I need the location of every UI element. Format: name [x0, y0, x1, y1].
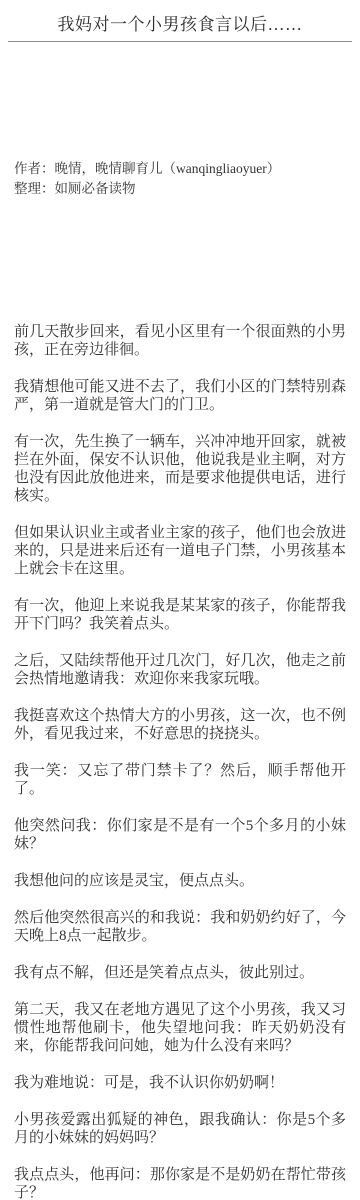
paragraph: 我点点头，他再问：那你家是不是奶奶在帮忙带孩子？	[14, 1166, 346, 1200]
article-body: 前几天散步回来，看见小区里有一个很面熟的小男孩，正在旁边徘徊。 我猜想他可能又进…	[0, 323, 360, 1200]
title-divider	[8, 41, 352, 42]
paragraph: 有一次，他迎上来说我是某某家的孩子，你能帮我开下门吗？我笑着点头。	[14, 597, 346, 633]
paragraph: 前几天散步回来，看见小区里有一个很面熟的小男孩，正在旁边徘徊。	[14, 323, 346, 359]
paragraph: 我猜想他可能又进不去了，我们小区的门禁特别森严，第一道就是管大门的门卫。	[14, 378, 346, 414]
paragraph: 第二天，我又在老地方遇见了这个小男孩，我又习惯性地帮他刷卡，他失望地问我：昨天奶…	[14, 1001, 346, 1055]
paragraph: 我挺喜欢这个热情大方的小男孩，这一次，也不例外，看见我过来，不好意思的挠挠头。	[14, 707, 346, 743]
byline-curator: 整理：如厕必备读物	[14, 179, 346, 199]
article-page: 我妈对一个小男孩食言以后…… 作者：晚情，晚情聊育儿（wanqingliaoyu…	[0, 0, 360, 1200]
paragraph: 小男孩爱露出狐疑的神色，跟我确认：你是5个多月的小妹妹的妈妈吗？	[14, 1111, 346, 1147]
paragraph: 之后，又陆续帮他开过几次门，好几次，他走之前会热情地邀请我：欢迎你来我家玩哦。	[14, 652, 346, 688]
paragraph: 我想他问的应该是灵宝，便点点头。	[14, 872, 346, 890]
paragraph: 然后他突然很高兴的和我说：我和奶奶约好了，今天晚上8点一起散步。	[14, 909, 346, 945]
page-title: 我妈对一个小男孩食言以后……	[0, 0, 360, 36]
paragraph: 我为难地说：可是，我不认识你奶奶啊！	[14, 1074, 346, 1092]
paragraph: 我有点不解，但还是笑着点点头，彼此别过。	[14, 964, 346, 982]
byline-author: 作者：晚情，晚情聊育儿（wanqingliaoyuer）	[14, 159, 346, 179]
paragraph: 但如果认识业主或者业主家的孩子，他们也会放进来的，只是进来后还有一道电子门禁，小…	[14, 524, 346, 578]
paragraph: 有一次，先生换了一辆车，兴冲冲地开回家，就被拦在外面，保安不认识他，他说我是业主…	[14, 433, 346, 505]
paragraph: 他突然问我：你们家是不是有一个5个多月的小妹妹？	[14, 817, 346, 853]
byline: 作者：晚情，晚情聊育儿（wanqingliaoyuer） 整理：如厕必备读物	[0, 159, 360, 199]
paragraph: 我一笑：又忘了带门禁卡了？然后，顺手帮他开了。	[14, 762, 346, 798]
